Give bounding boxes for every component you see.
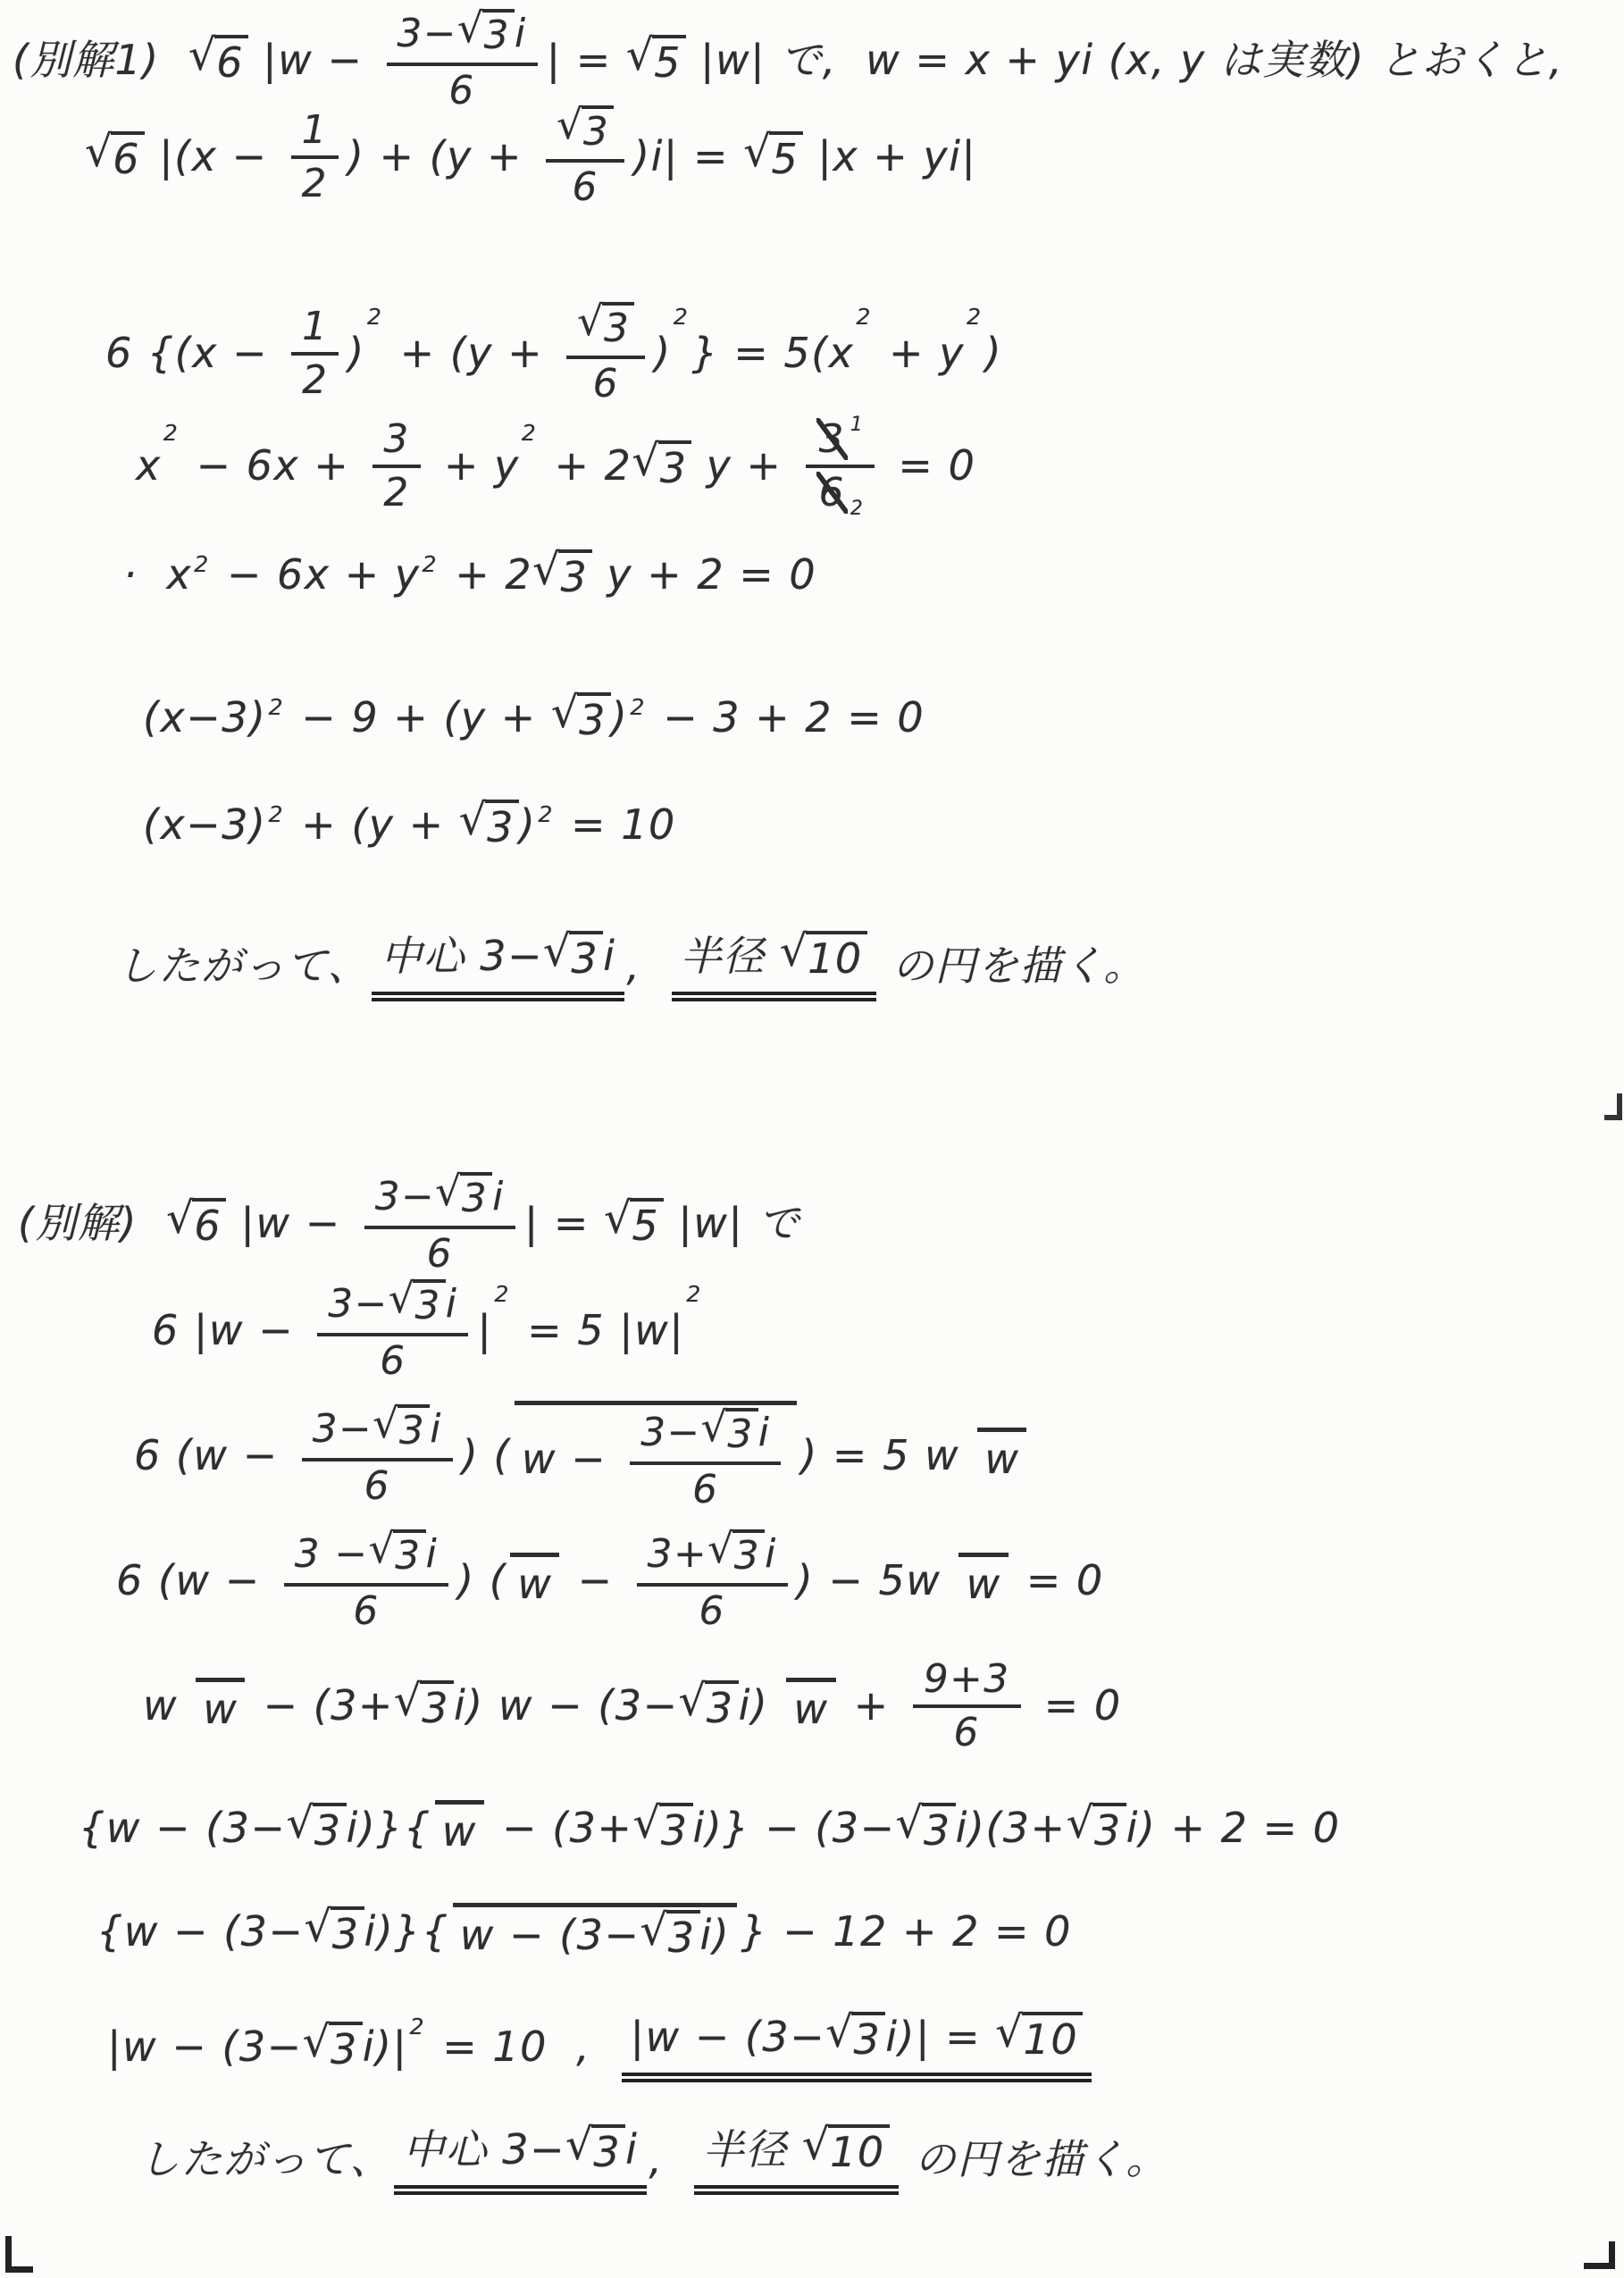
math-text: 6 |w −: [152, 1306, 308, 1355]
math-text: 6: [692, 1469, 718, 1511]
superscript-exponent: 2: [630, 694, 646, 721]
fraction-denominator: 6: [699, 1587, 725, 1632]
math-text: | =: [547, 36, 626, 85]
radical-sign-icon: √: [604, 1197, 632, 1240]
math-text: 6: [194, 1202, 222, 1250]
radical-sign-icon: √: [394, 1679, 423, 1722]
radicand: 3: [666, 1910, 700, 1962]
math-text: 中心 3−: [403, 2125, 565, 2174]
scan-corner-mark-bottom-right: [1584, 2241, 1615, 2269]
alt1-step-circle-equation: (x−3)2 + (y + √3)2 = 10: [143, 800, 676, 851]
math-text: · x: [123, 550, 192, 599]
math-text: 3: [707, 1685, 734, 1732]
fraction: 3−√3i6: [387, 9, 538, 112]
math-text: したがって、: [138, 2135, 392, 2184]
radicand: 6: [214, 35, 248, 87]
radicand: 3: [582, 105, 614, 155]
cancelled-digit: 3: [816, 418, 848, 460]
radicand: 3: [851, 2012, 885, 2064]
math-text: 3: [383, 418, 409, 460]
alt2-step-square-moduli: 6 |w − 3−√3i6|2 = 5 |w|2: [152, 1279, 705, 1382]
math-text: w: [966, 1560, 1000, 1609]
radicand: 3: [1092, 1803, 1126, 1855]
cancelled-fraction: 3162: [806, 418, 875, 514]
radicand: 3: [420, 1680, 454, 1732]
math-text: w −: [522, 1435, 621, 1484]
sqrt-radical: √6: [166, 1198, 226, 1250]
math-text: w: [517, 1560, 552, 1609]
math-text: = 0: [1030, 1681, 1122, 1730]
sqrt-radical: √10: [995, 2012, 1083, 2064]
math-text: 10: [1024, 2016, 1079, 2064]
sqrt-radical: √3: [394, 1680, 454, 1732]
radical-sign-icon: √: [743, 130, 772, 173]
math-text: 1: [302, 109, 328, 151]
cancelled-digit: 6: [816, 472, 848, 514]
math-text: 5: [771, 136, 799, 183]
radicand: 6: [192, 1198, 226, 1250]
sqrt-radical: √3: [389, 1279, 446, 1328]
radical-sign-icon: √: [780, 930, 808, 973]
radicand: 3: [659, 1803, 693, 1855]
radicand: 3: [725, 1408, 758, 1457]
math-text: y + 2 = 0: [592, 550, 816, 599]
math-text: 3: [579, 697, 607, 744]
math-text: i): [700, 1911, 731, 1960]
sqrt-radical: √3: [679, 1680, 739, 1732]
sqrt-radical: √5: [604, 1198, 664, 1250]
math-text: (x−3): [143, 800, 266, 850]
math-text: 6 {(x −: [105, 329, 282, 378]
alt1-step-expand: x2 − 6x + 32 + y2 + 2√3 y + 3162 = 0: [136, 418, 975, 514]
radical-sign-icon: √: [286, 1802, 314, 1845]
radicand: 5: [769, 131, 803, 183]
radicand: 3: [329, 2022, 363, 2073]
math-text: i: [758, 1411, 771, 1453]
math-text: )i| =: [633, 132, 743, 181]
radicand: 5: [652, 35, 686, 87]
fraction-numerator: √3: [546, 105, 624, 163]
math-text: +: [840, 1681, 904, 1730]
scan-corner-mark-bottom-left: [5, 2236, 33, 2273]
sqrt-radical: √3: [303, 2022, 363, 2073]
radicand: 3: [705, 1680, 739, 1732]
radical-sign-icon: √: [557, 105, 584, 146]
fraction: 9+36: [913, 1658, 1021, 1754]
math-text: i)} − (3−: [693, 1804, 896, 1853]
fraction-denominator: 6: [380, 1336, 406, 1382]
math-text: + 2: [440, 550, 532, 599]
sqrt-radical: √3: [551, 692, 611, 744]
fraction-numerator: 3−√3i: [630, 1408, 781, 1465]
alt2-step-grouped: {w − (3−√3i)}{w − (3−√3i)} − 12 + 2 = 0: [96, 1903, 1072, 1962]
superscript-exponent: 2: [194, 551, 210, 578]
math-text: |w − (3−: [107, 2023, 303, 2072]
math-text: x: [136, 441, 162, 490]
math-text: − (3+: [248, 1681, 394, 1730]
math-text: ,: [626, 942, 669, 991]
math-text: w: [984, 1435, 1019, 1484]
sqrt-radical: √6: [85, 131, 145, 183]
sqrt-radical: √3: [373, 1404, 430, 1453]
sqrt-radical: √6: [188, 35, 248, 87]
superscript-exponent: 2: [367, 304, 383, 331]
fraction-denominator: 6: [573, 163, 599, 208]
superscript-exponent: 2: [522, 420, 538, 447]
radical-sign-icon: √: [632, 440, 660, 482]
radicand: 10: [1022, 2012, 1084, 2064]
math-text: 3: [727, 1412, 753, 1457]
math-text: 3: [583, 110, 609, 155]
sqrt-radical: √3: [304, 1906, 364, 1958]
conjugate-overline: w: [958, 1553, 1008, 1609]
math-text: = 0: [1012, 1556, 1104, 1605]
radical-sign-icon: √: [373, 1403, 400, 1445]
radical-sign-icon: √: [1067, 1802, 1095, 1845]
radical-sign-icon: √: [640, 1909, 668, 1952]
math-text: 9+3: [924, 1658, 1010, 1700]
math-text: (別解1): [13, 36, 188, 85]
math-text: 3−: [640, 1411, 700, 1453]
math-text: | =: [524, 1199, 604, 1248]
math-text: 2: [302, 163, 328, 205]
fraction-numerator: 3−√3i: [387, 9, 538, 66]
sqrt-radical: √3: [632, 1803, 692, 1855]
math-text: |: [477, 1306, 492, 1355]
math-text: + 2: [540, 441, 632, 490]
radicand: 3: [658, 440, 692, 492]
math-text: i: [515, 13, 527, 54]
math-text: 3: [399, 1409, 425, 1453]
radicand: 3: [922, 1803, 956, 1855]
math-text: 3: [668, 1914, 696, 1962]
math-text: + (y +: [287, 800, 459, 850]
fraction: 3 −√3i6: [284, 1529, 448, 1632]
math-text: − 9 + (y +: [287, 693, 551, 742]
fraction-numerator: 3+√3i: [637, 1529, 788, 1587]
math-text: 6 (w −: [134, 1431, 293, 1480]
math-text: w: [442, 1807, 477, 1856]
math-text: 3−: [313, 1408, 373, 1450]
alt1-step-squared: 6 {(x − 12)2 + (y + √36)2} = 5(x2 + y2): [105, 302, 1002, 405]
radical-sign-icon: √: [85, 130, 113, 173]
fraction: 3+√3i6: [637, 1529, 788, 1632]
radicand: 3: [393, 1529, 425, 1579]
alt2-conclusion: したがって、中心 3−√3i, 半径 √10 の円を描く。: [138, 2124, 1168, 2195]
fraction-denominator: 6: [593, 359, 619, 405]
alt2-step-conjugate-expanded: 6 (w − 3 −√3i6) (w − 3+√3i6) − 5w w = 0: [116, 1529, 1104, 1632]
fraction-numerator: 31: [806, 418, 875, 468]
math-text: i)|: [363, 2023, 408, 2072]
alt1-step-simplify: · x2 − 6x + y2 + 2√3 y + 2 = 0: [123, 549, 816, 601]
math-text: 3: [484, 13, 510, 58]
radicand: 3: [732, 1529, 765, 1579]
math-text: 3: [604, 306, 630, 351]
superscript-exponent: 2: [856, 304, 872, 331]
math-text: ): [347, 329, 364, 378]
reduced-digit: 1: [850, 415, 864, 436]
radicand: 3: [591, 2124, 625, 2176]
alt2-step-distribute: w w − (3+√3i) w − (3−√3i) w + 9+36 = 0: [143, 1658, 1122, 1754]
math-text: i) + 2 = 0: [1126, 1804, 1341, 1853]
radicand: 10: [806, 931, 867, 983]
radical-sign-icon: √: [435, 1171, 463, 1212]
math-text: 6: [427, 1233, 453, 1275]
math-text: |(x −: [145, 132, 282, 181]
fraction: 12: [291, 109, 339, 205]
math-text: 3: [314, 1807, 342, 1855]
fraction-denominator: 6: [353, 1587, 379, 1632]
math-text: − 6x + y: [213, 550, 421, 599]
math-text: w − (3−: [460, 1911, 640, 1960]
sqrt-radical: √5: [626, 35, 686, 87]
math-text: 6: [380, 1340, 406, 1382]
radicand: 5: [630, 1198, 664, 1250]
math-text: したがって、: [116, 942, 370, 991]
math-text: 3: [332, 1911, 360, 1958]
math-text: 3: [853, 2016, 881, 2064]
math-text: 3: [1094, 1807, 1122, 1855]
radicand: 3: [577, 692, 611, 744]
fraction: √36: [546, 105, 624, 208]
radical-sign-icon: √: [532, 549, 561, 591]
double-underline-emphasis: 半径 √10: [672, 931, 876, 1001]
math-text: } = 5(x: [691, 329, 854, 378]
radicand: 3: [313, 1803, 347, 1855]
math-text: 3: [414, 1284, 440, 1328]
fraction-denominator: 6: [427, 1229, 453, 1275]
math-text: 3: [661, 1807, 689, 1855]
math-text: (x−3): [143, 693, 266, 742]
superscript-exponent: 2: [967, 304, 983, 331]
math-text: の円を描く。: [878, 942, 1146, 991]
math-text: |w| で, w = x + yi (x, y は実数) とおくと,: [686, 36, 1563, 85]
radicand: 3: [398, 1404, 430, 1453]
sqrt-radical: √3: [565, 2124, 625, 2176]
fraction-numerator: 1: [291, 109, 339, 159]
radicand: 10: [828, 2124, 890, 2176]
math-text: i): [739, 1681, 783, 1730]
math-text: 6: [954, 1712, 980, 1754]
math-text: = 0: [883, 441, 975, 490]
math-text: ) − 5w: [797, 1556, 956, 1605]
sqrt-radical: √3: [459, 800, 519, 851]
fraction-denominator: 6: [954, 1708, 980, 1754]
math-text: |w − (3−: [631, 2013, 826, 2062]
radicand: 3: [569, 931, 603, 983]
superscript-exponent: 2: [268, 694, 284, 721]
radical-sign-icon: √: [896, 1802, 925, 1845]
math-text: |x + yi|: [803, 132, 976, 181]
radicand: 3: [482, 9, 515, 58]
conjugate-overline: w − 3−√3i6: [515, 1401, 798, 1511]
radical-sign-icon: √: [626, 34, 655, 77]
superscript-exponent: 2: [423, 551, 439, 578]
fraction-numerator: 1: [291, 306, 339, 356]
fraction-numerator: 3−√3i: [317, 1279, 468, 1336]
math-text: i: [603, 932, 615, 981]
alt1-step-substitute: √6 |(x − 12) + (y + √36)i| = √5 |x + yi|: [85, 105, 976, 208]
radical-sign-icon: √: [166, 1197, 195, 1240]
math-text: 3−: [375, 1176, 435, 1218]
math-text: = 10: [557, 800, 676, 850]
math-text: i: [430, 1408, 442, 1450]
math-text: 1: [302, 306, 328, 348]
radical-sign-icon: √: [457, 8, 485, 49]
radical-sign-icon: √: [188, 34, 217, 77]
radical-sign-icon: √: [303, 2021, 331, 2064]
math-text: i)}{: [364, 1907, 449, 1956]
conjugate-overline: w: [786, 1678, 835, 1734]
sqrt-radical: √10: [780, 931, 867, 983]
radical-sign-icon: √: [551, 691, 580, 734]
math-text: − 3 + 2 = 0: [649, 693, 925, 742]
math-text: 3: [462, 1177, 488, 1221]
superscript-exponent: 2: [268, 801, 284, 828]
fraction-numerator: √3: [566, 302, 645, 359]
conjugate-overline: w − (3−√3i): [453, 1903, 737, 1962]
math-text: = 10 ,: [428, 2023, 619, 2072]
math-text: 6: [699, 1590, 725, 1632]
math-text: 3: [924, 1807, 951, 1855]
math-text: 3: [395, 1534, 421, 1579]
fraction-denominator: 2: [302, 356, 328, 401]
radical-sign-icon: √: [995, 2011, 1024, 2054]
radicand: 3: [485, 800, 519, 851]
math-text: w: [793, 1685, 828, 1734]
math-text: ): [985, 329, 1002, 378]
alt2-header-equation: (別解) √6 |w − 3−√3i6| = √5 |w| で: [18, 1172, 800, 1275]
radical-sign-icon: √: [389, 1278, 416, 1319]
math-text: |w| で: [664, 1199, 800, 1248]
math-text: 10: [830, 2129, 885, 2176]
fraction-numerator: 3: [373, 418, 420, 468]
fraction-denominator: 6: [692, 1465, 718, 1511]
math-text: 3−: [328, 1283, 388, 1325]
fraction-denominator: 6: [364, 1461, 390, 1507]
fraction-denominator: 2: [383, 468, 409, 514]
radical-sign-icon: √: [825, 2011, 854, 2054]
sqrt-radical: √3: [286, 1803, 346, 1855]
math-text: i)(3+: [956, 1804, 1067, 1853]
double-underline-emphasis: 中心 3−√3i: [394, 2124, 647, 2195]
radicand: 3: [558, 549, 592, 601]
superscript-exponent: 2: [409, 2014, 425, 2040]
conjugate-overline: w: [196, 1678, 245, 1734]
fraction-denominator: 2: [302, 159, 328, 205]
sqrt-radical: √3: [369, 1529, 426, 1579]
conjugate-overline: w: [510, 1553, 559, 1609]
radicand: 3: [331, 1906, 364, 1958]
sqrt-radical: √3: [825, 2012, 885, 2064]
math-text: 3+: [648, 1533, 707, 1575]
double-underline-emphasis: |w − (3−√3i)| = √10: [622, 2012, 1092, 2082]
math-text: 3: [734, 1534, 760, 1579]
math-text: 3: [487, 804, 515, 851]
conjugate-overline: w: [435, 1800, 484, 1856]
sqrt-radical: √3: [435, 1172, 492, 1221]
math-text: (別解): [18, 1199, 166, 1248]
math-text: i: [492, 1176, 505, 1218]
math-text: 3: [593, 2129, 621, 2176]
double-underline-emphasis: 半径 √10: [694, 2124, 899, 2195]
radical-sign-icon: √: [707, 1528, 735, 1570]
superscript-exponent: 2: [494, 1281, 510, 1308]
math-text: 6: [113, 136, 140, 183]
math-text: − 6x +: [181, 441, 364, 490]
sqrt-radical: √5: [743, 131, 803, 183]
math-text: ): [519, 800, 536, 850]
math-text: 5: [654, 39, 682, 87]
sqrt-radical: √3: [457, 9, 515, 58]
math-text: |w −: [248, 36, 378, 85]
fraction: 32: [373, 418, 420, 514]
math-text: {w − (3−: [96, 1907, 304, 1956]
math-text: の円を描く。: [900, 2135, 1168, 2184]
math-text: 3: [560, 554, 588, 601]
math-text: ,: [649, 2135, 691, 2184]
sqrt-radical: √3: [1067, 1803, 1126, 1855]
math-text: i) w − (3−: [454, 1681, 679, 1730]
math-text: i: [625, 2125, 638, 2174]
sqrt-radical: √3: [707, 1529, 765, 1579]
radical-sign-icon: √: [459, 799, 488, 842]
fraction-denominator: 62: [816, 468, 865, 514]
math-text: w: [203, 1685, 238, 1734]
math-text: + y: [875, 329, 965, 378]
superscript-exponent: 2: [674, 304, 690, 331]
alt1-header-equation: (別解1) √6 |w − 3−√3i6| = √5 |w| で, w = x …: [13, 9, 1563, 112]
radicand: 3: [413, 1279, 445, 1328]
math-text: ) = 5 w: [800, 1431, 974, 1480]
radical-sign-icon: √: [802, 2123, 831, 2166]
math-text: 2: [302, 359, 328, 401]
sqrt-radical: √3: [896, 1803, 956, 1855]
math-text: i)}{: [347, 1804, 431, 1853]
math-text: 3−: [398, 13, 457, 54]
radical-sign-icon: √: [565, 2123, 594, 2166]
radicand: 6: [111, 131, 145, 183]
fraction-numerator: 3−√3i: [364, 1172, 515, 1229]
sqrt-radical: √3: [543, 931, 603, 983]
sqrt-radical: √10: [802, 2124, 890, 2176]
scan-edge-mark-right: [1604, 1093, 1622, 1120]
math-text: i: [426, 1533, 439, 1575]
alt2-step-conjugate-product: 6 (w − 3−√3i6) (w − 3−√3i6) = 5 w w: [134, 1401, 1030, 1511]
sqrt-radical: √3: [532, 549, 592, 601]
radical-sign-icon: √: [701, 1407, 729, 1448]
sqrt-radical: √3: [632, 440, 691, 492]
superscript-exponent: 2: [163, 420, 180, 447]
math-text: i)| =: [885, 2013, 995, 2062]
radical-sign-icon: √: [577, 301, 605, 342]
math-text: 6: [593, 363, 619, 405]
math-text: 3: [422, 1685, 449, 1732]
math-text: ): [611, 693, 628, 742]
fraction-numerator: 3 −√3i: [284, 1529, 448, 1587]
radical-sign-icon: √: [632, 1802, 661, 1845]
fraction: 3−√3i6: [630, 1408, 781, 1511]
radical-sign-icon: √: [679, 1679, 707, 1722]
conjugate-overline: w: [977, 1428, 1026, 1484]
math-text: 3: [331, 2026, 358, 2073]
math-text: + y: [430, 441, 520, 490]
math-text: = 5 |w|: [513, 1306, 684, 1355]
math-text: −: [563, 1556, 627, 1605]
math-text: {w − (3−: [79, 1804, 286, 1853]
radical-sign-icon: √: [369, 1528, 397, 1570]
superscript-exponent: 2: [686, 1281, 702, 1308]
